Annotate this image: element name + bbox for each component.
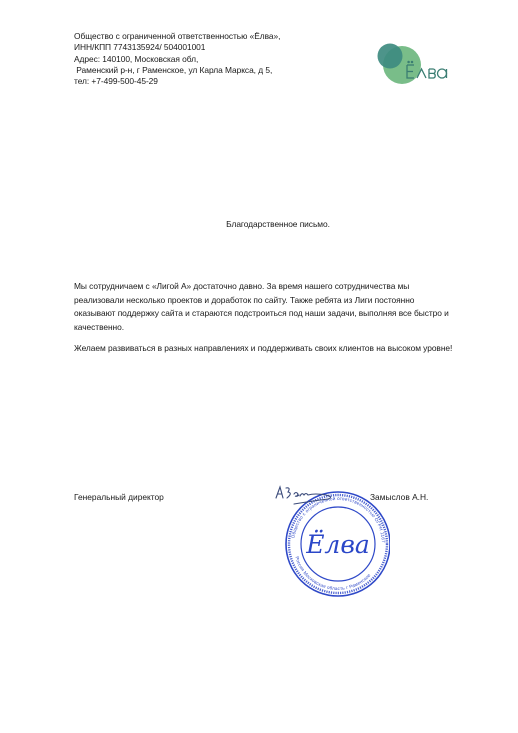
company-inn-kpp-line: ИНН/КПП 7743135924/ 504001001: [74, 42, 280, 53]
letter-paragraph-1: Мы сотрудничаем с «Лигой А» достаточно д…: [74, 280, 484, 334]
signatory-name: Замыслов А.Н.: [370, 492, 428, 502]
letter-title: Благодарственное письмо.: [0, 219, 518, 229]
letter-paragraph-2: Желаем развиваться в разных направлениях…: [74, 342, 484, 356]
letter-title-text: Благодарственное письмо.: [226, 219, 330, 229]
company-requisites: Общество с ограниченной ответственностью…: [74, 31, 280, 87]
paragraph-1-line: Мы сотрудничаем с «Лигой А» достаточно д…: [74, 280, 484, 294]
company-logo: Ёлва: [376, 40, 472, 88]
company-name-line: Общество с ограниченной ответственностью…: [74, 31, 280, 42]
paragraph-1-line: качественно.: [74, 321, 484, 335]
round-seal-icon: Общество с ограниченной ответственностью…: [270, 484, 390, 604]
stamp-center-text: Ёлва: [305, 530, 370, 559]
company-address-line-2: Раменский р-н, г Раменское, ул Карла Мар…: [74, 65, 280, 76]
signatory-position: Генеральный директор: [74, 492, 164, 502]
company-stamp: Общество с ограниченной ответственностью…: [270, 484, 390, 604]
company-address-line-1: Адрес: 140100, Московская обл,: [74, 54, 280, 65]
paragraph-1-line: реализовали несколько проектов и доработ…: [74, 294, 484, 308]
overlapping-circles-logo-icon: Ёлва: [376, 40, 472, 88]
paragraph-1-line: оказывают поддержку сайта и стараются по…: [74, 307, 484, 321]
company-phone-line: тел: +7-499-500-45-29: [74, 76, 280, 87]
letter-body: Мы сотрудничаем с «Лигой А» достаточно д…: [74, 280, 484, 356]
letter-page: Общество с ограниченной ответственностью…: [0, 0, 518, 733]
